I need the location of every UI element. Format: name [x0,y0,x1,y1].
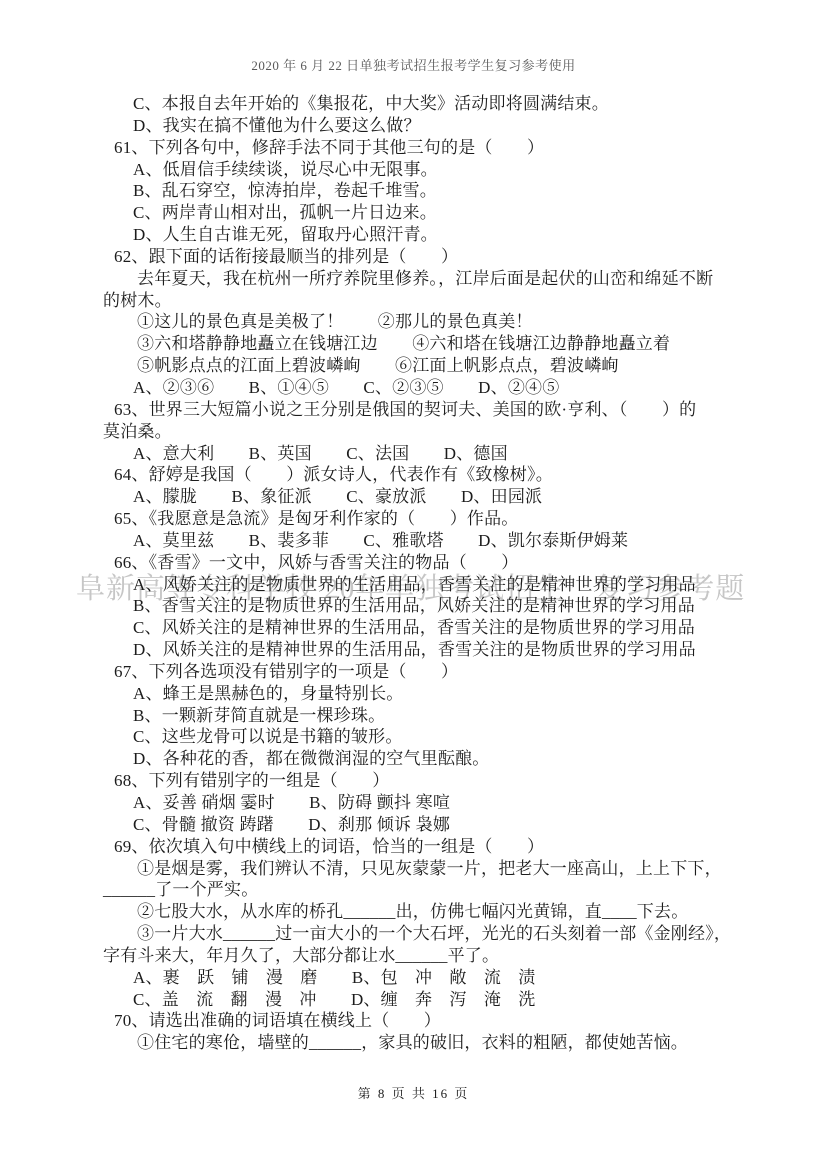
option-line: C、风娇关注的是精神世界的生活用品，香雪关注的是物质世界的学习用品 [100,617,750,639]
option-line: D、风娇关注的是精神世界的生活用品，香雪关注的是物质世界的学习用品 [100,639,750,661]
option-line: A、妥善 硝烟 霎时 B、防碍 颤抖 寒喧 [100,792,750,814]
option-line: A、裹 跃 铺 漫 磨 B、包 冲 敞 流 渍 [100,967,750,989]
question-line: 69、依次填入句中横线上的词语，恰当的一组是（ ） [100,836,750,858]
text-line: ③六和塔静静地矗立在钱塘江边 ④六和塔在钱塘江边静静地矗立着 [100,333,750,355]
question-line: 70、请选出准确的词语填在横线上（ ） [100,1010,750,1032]
option-line: A、朦胧 B、象征派 C、豪放派 D、田园派 [100,486,750,508]
text-line: ①是烟是雾，我们辨认不清，只见灰蒙蒙一片，把老大一座高山，上上下下， [100,858,750,880]
option-line: B、一颗新芽简直就是一棵珍珠。 [100,705,750,727]
option-line: D、人生自古谁无死，留取丹心照汗青。 [100,224,750,246]
text-line: ③一片大水______过一亩大小的一个大石坪，光光的石头刻着一部《金刚经》， [100,923,750,945]
page-footer: 第 8 页 共 16 页 [0,1083,827,1102]
question-line: 64、舒婷是我国（ ）派女诗人，代表作有《致橡树》。 [100,464,750,486]
text-line: 字有斗来大，年月久了，大部分都让水______平了。 [100,945,750,967]
text-line: ⑤帆影点点的江面上碧波嶙峋 ⑥江面上帆影点点，碧波嶙峋 [100,355,750,377]
option-line: A、低眉信手续续谈，说尽心中无限事。 [100,159,750,181]
text-line: ②七股大水，从水库的桥孔______出，仿佛七幅闪光黄锦，直____下去。 [100,901,750,923]
text-line: ①这儿的景色真是美极了！ ②那儿的景色真美！ [100,311,750,333]
question-line: 66、《香雪》一文中，风娇与香雪关注的物品（ ） [100,552,750,574]
option-line: A、蜂王是黑赫色的，身量特别长。 [100,683,750,705]
question-line: 68、下列有错别字的一组是（ ） [100,770,750,792]
option-line: A、风娇关注的是物质世界的生活用品，香雪关注的是精神世界的学习用品 [100,574,750,596]
document-page: 2020 年 6 月 22 日单独考试招生报考学生复习参考使用 阜新高等专科学校… [0,0,827,1169]
option-line: C、盖 流 翻 漫 冲 D、缠 奔 泻 淹 洗 [100,989,750,1011]
option-line: C、骨髓 撤资 踌躇 D、刹那 倾诉 袅娜 [100,814,750,836]
text-line: C、本报自去年开始的《集报花，中大奖》活动即将圆满结束。 [100,93,750,115]
question-line: 63、世界三大短篇小说之王分别是俄国的契诃夫、美国的欧·亨利、（ ）的 [100,399,750,421]
question-line: 67、下列各选项没有错别字的一项是（ ） [100,661,750,683]
text-line: ______了一个严实。 [100,879,750,901]
question-line: 62、跟下面的话衔接最顺当的排列是（ ） [100,246,750,268]
option-line: C、两岸青山相对出，孤帆一片日边来。 [100,202,750,224]
question-line: 65、《我愿意是急流》是匈牙利作家的（ ）作品。 [100,508,750,530]
text-line: D、我实在搞不懂他为什么要这么做？ [100,115,750,137]
option-line: B、香雪关注的是物质世界的生活用品，风娇关注的是精神世界的学习用品 [100,595,750,617]
question-line: 61、下列各句中，修辞手法不同于其他三句的是（ ） [100,137,750,159]
page-header: 2020 年 6 月 22 日单独考试招生报考学生复习参考使用 [0,55,827,74]
option-line: B、乱石穿空，惊涛拍岸，卷起千堆雪。 [100,180,750,202]
text-line: ①住宅的寒伧，墙壁的______，家具的破旧，衣料的粗陋，都使她苦恼。 [100,1032,750,1054]
text-line: 的树木。 [100,290,750,312]
option-line: A、②③⑥ B、①④⑤ C、②③⑤ D、②④⑤ [100,377,750,399]
option-line: C、这些龙骨可以说是书籍的皱形。 [100,726,750,748]
exam-body: C、本报自去年开始的《集报花，中大奖》活动即将圆满结束。 D、我实在搞不懂他为什… [100,93,750,1054]
option-line: A、意大利 B、英国 C、法国 D、德国 [100,443,750,465]
option-line: D、各种花的香，都在微微润湿的空气里酝酿。 [100,748,750,770]
option-line: A、莫里兹 B、裴多菲 C、雅歌塔 D、凯尔泰斯伊姆莱 [100,530,750,552]
text-line: 去年夏天，我在杭州一所疗养院里修养。，江岸后面是起伏的山峦和绵延不断 [100,268,750,290]
text-line: 莫泊桑。 [100,421,750,443]
